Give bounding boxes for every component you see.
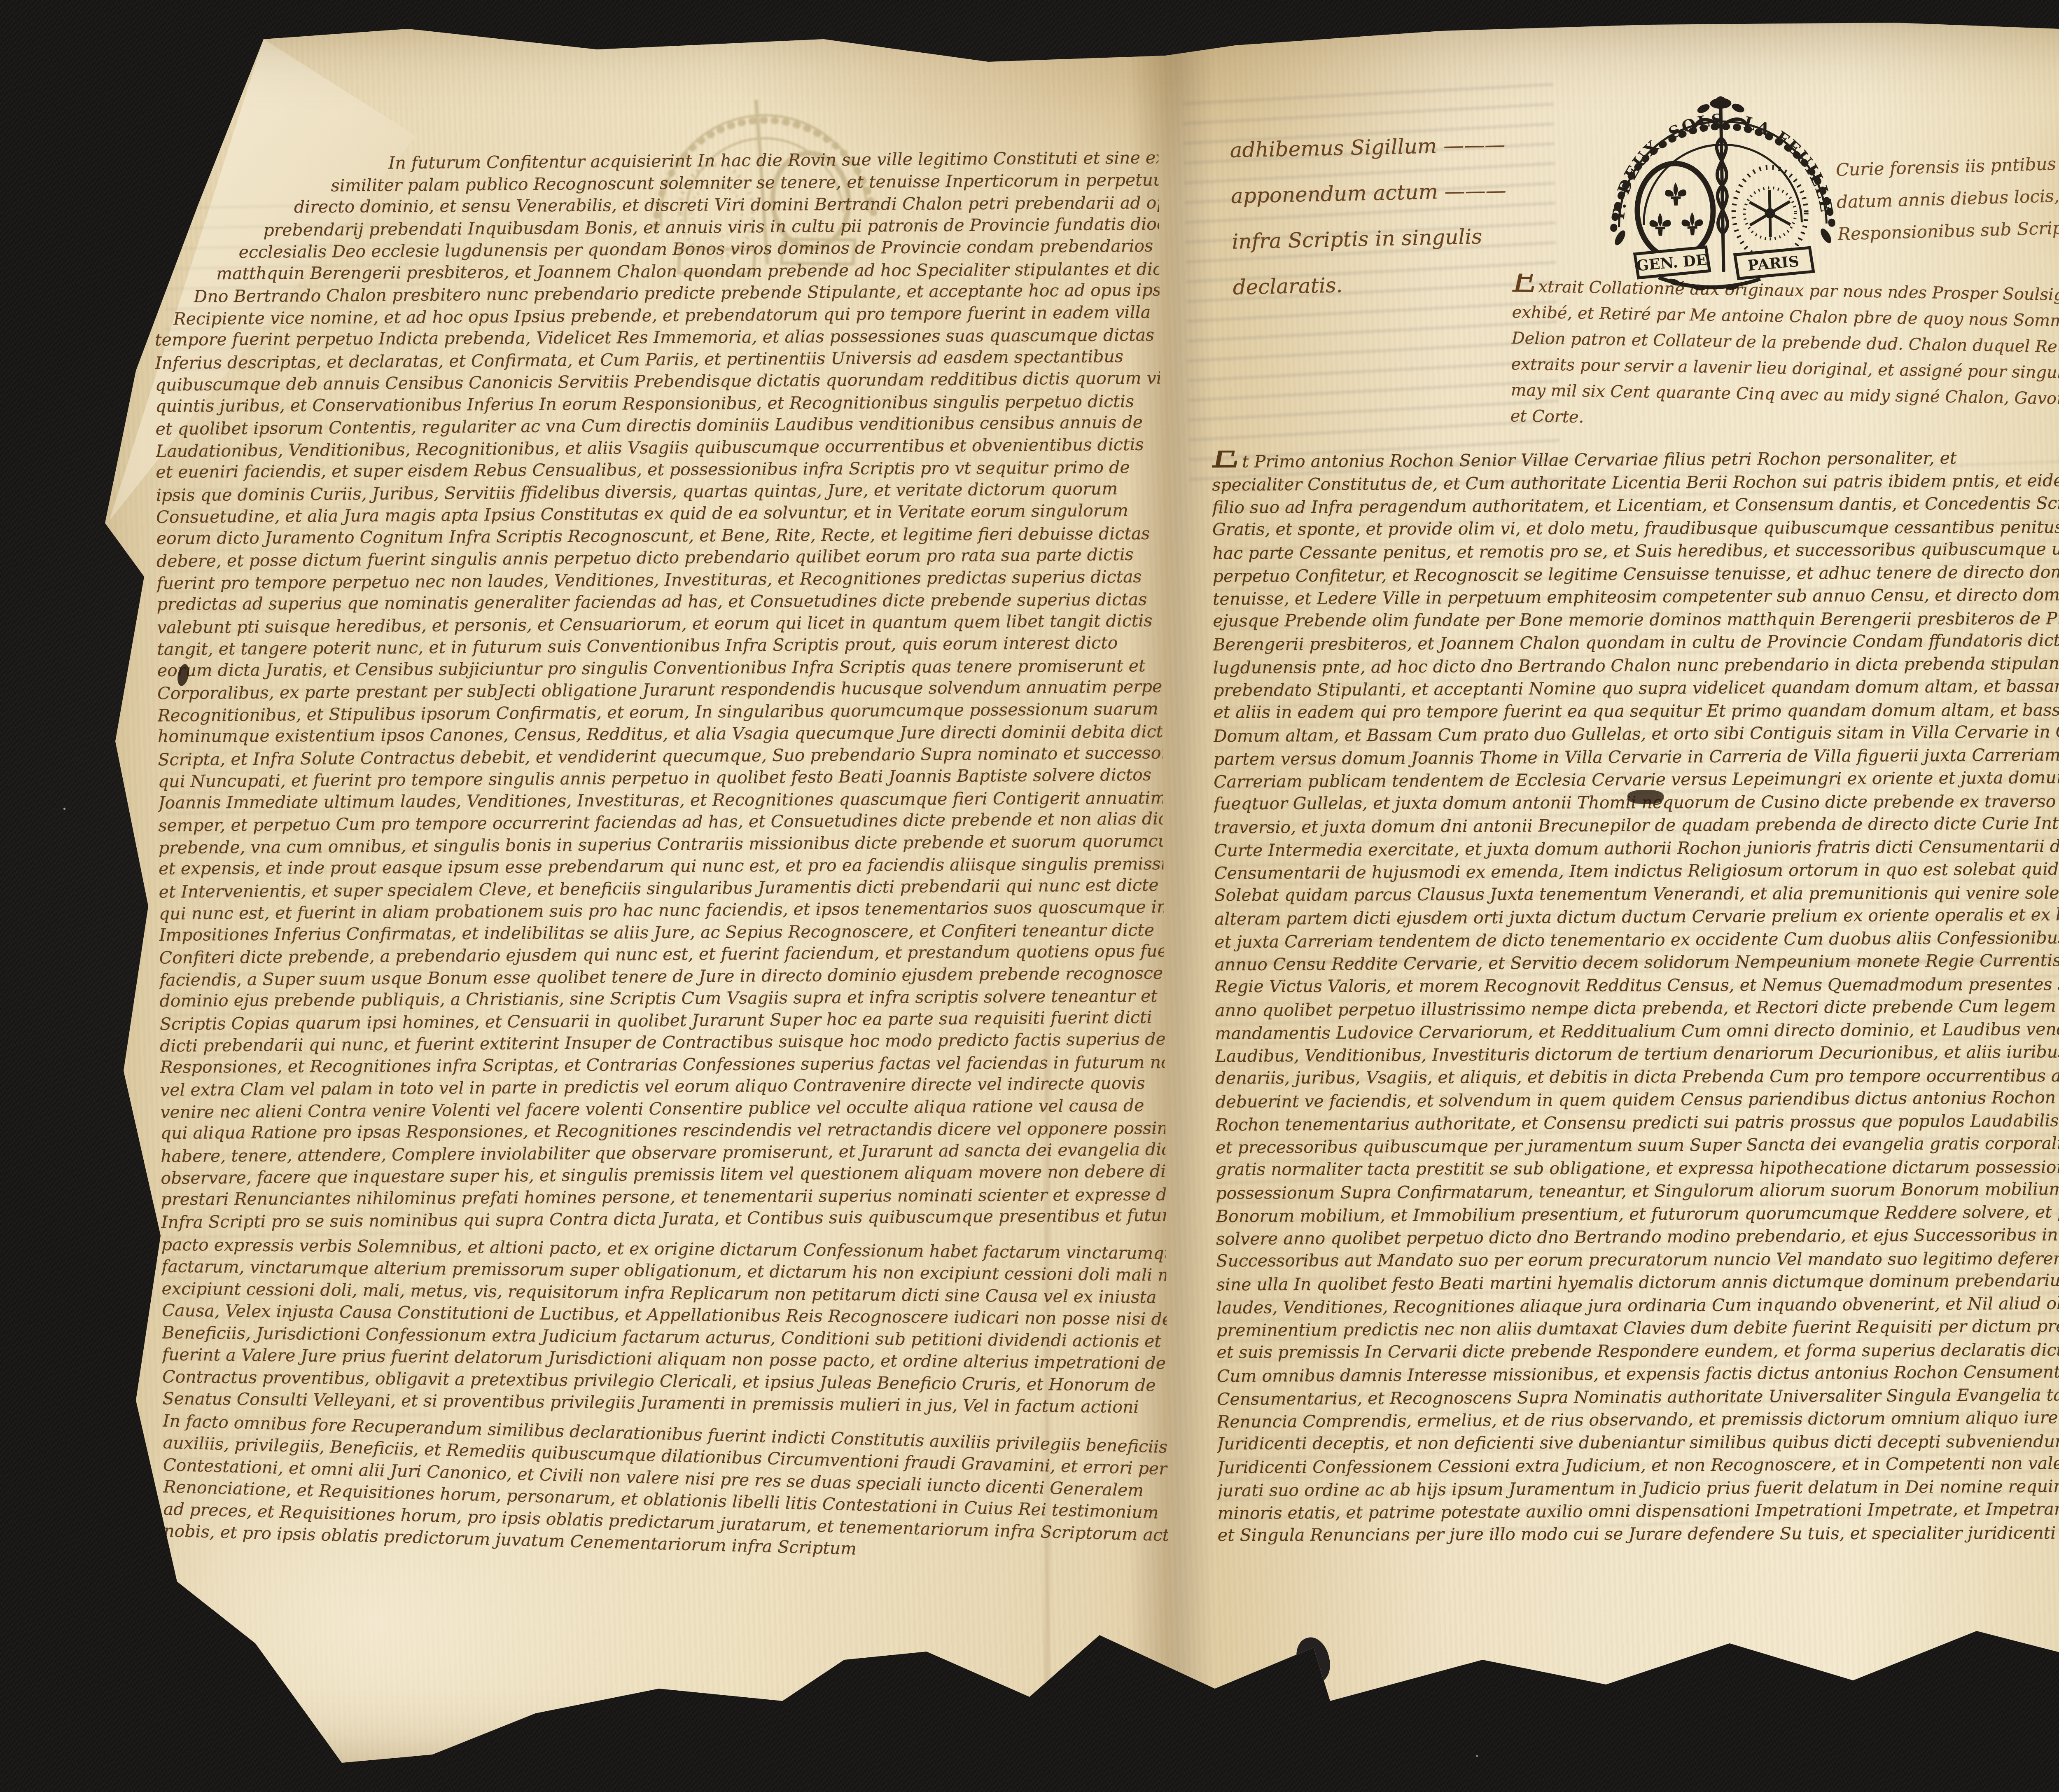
- text-line: solvere anno quolibet perpetuo dicto dno…: [1216, 1223, 2059, 1251]
- text-line: Impositiones Inferius Confirmatas, et in…: [159, 919, 1164, 946]
- text-line: sine ulla In quolibet festo Beati martin…: [1216, 1269, 2059, 1297]
- text-line: alteram partem dicti ejusdem orti juxta …: [1214, 903, 2059, 931]
- text-line: denariis, juribus, Vsagiis, et aliquis, …: [1215, 1064, 2059, 1089]
- text-line: ejusque Prebende olim fundate per Bone m…: [1213, 607, 2059, 632]
- dust-specks: [0, 0, 1, 1]
- manuscript-bifolium: In futurum Confitentur acquisierint In h…: [62, 16, 2059, 1783]
- text-line: traversio, et juxta domum dni antonii Br…: [1214, 811, 2059, 839]
- fleur-de-lis-icon: [1649, 182, 1703, 236]
- text-line: et aliis in eadem qui pro tempore fuerin…: [1213, 698, 2059, 724]
- text-line: Responsiones, et Recognitiones infra Scr…: [160, 1051, 1165, 1078]
- text-line: Censumentarii de hujusmodi ex emenda, It…: [1214, 857, 2059, 885]
- text-line: filio suo ad Infra peragendum authoritat…: [1212, 491, 2059, 519]
- text-line: possessionum Supra Confirmatarum, tenean…: [1216, 1177, 2059, 1205]
- text-line: matthquin Berengerii presbiteros, et Joa…: [154, 258, 1159, 285]
- text-line: anno quolibet perpetuo illustrissimo nem…: [1215, 994, 2059, 1022]
- text-line: gratis normaliter tacta prestitit se sub…: [1216, 1155, 2059, 1181]
- right-page-text: Et Primo antonius Rochon Senior Villae C…: [1212, 446, 2059, 1548]
- text-line: prestari Renunciantes nihilominus prefat…: [161, 1184, 1166, 1210]
- paper-hole: [1292, 1634, 1335, 1687]
- text-line: eorum dicto Juramento Cognitum Infra Scr…: [156, 523, 1161, 549]
- text-line: Curie forensis iis pntibus duximus —: [1835, 141, 2059, 186]
- text-line: Laudibus, Venditionibus, Investituris di…: [1215, 1040, 2059, 1068]
- text-line: Domum altam, et Bassam Cum prato duo Gul…: [1214, 720, 2059, 748]
- text-line: et Singula Renuncians per jure illo modo…: [1218, 1521, 2059, 1547]
- text-line: Renuncia Comprendis, ermelius, et de riu…: [1217, 1406, 2059, 1434]
- text-line: prebendato Stipulanti, et acceptanti Nom…: [1213, 674, 2059, 702]
- extrait-note: Extrait Collationné aux originaux par no…: [1510, 273, 2059, 441]
- text-line: tenuisse, et Ledere Ville in perpetuum e…: [1213, 583, 2059, 611]
- text-line: et precessoribus quibuscumque per jurame…: [1216, 1131, 2059, 1159]
- text-line: preminentium predictis nec non aliis dum…: [1216, 1314, 2059, 1342]
- text-line: quintis juribus, et Conservationibus Inf…: [155, 390, 1160, 417]
- text-line: Berengerii presbiteros, et Joannem Chalo…: [1213, 628, 2059, 657]
- text-line: Regie Victus Valoris, et morem Recognovi…: [1215, 972, 2059, 998]
- text-line: Juridicenti deceptis, et non deficienti …: [1217, 1430, 2059, 1455]
- text-line: Joannis Immediate ultimum laudes, Vendit…: [158, 787, 1163, 814]
- text-line: Gratis, et sponte, et provide olim vi, e…: [1212, 515, 2059, 541]
- text-line: hac parte Cessante penitus, et remotis p…: [1212, 537, 2059, 565]
- text-line: eorum dicta Juratis, et Censibus subjici…: [157, 655, 1162, 682]
- left-page-text: In futurum Confitentur acquisierint In h…: [154, 147, 1168, 1564]
- text-line: annuo Censu Reddite Cervarie, et Serviti…: [1214, 949, 2059, 977]
- ink-blot: [1627, 790, 1664, 804]
- text-line: Successoribus aut Mandato suo per eorum …: [1216, 1247, 2059, 1272]
- revenue-stamp-graphic: P. DEUX. SOLS LA FEUILLE: [1593, 82, 1852, 293]
- wheel-oval: [1733, 166, 1807, 260]
- text-line: minoris etatis, et patrime potestate aux…: [1217, 1497, 2059, 1525]
- text-line: Carreriam publicam tendentem de Ecclesia…: [1214, 766, 2059, 794]
- text-line: debuerint ve faciendis, et solvendum in …: [1215, 1086, 2059, 1114]
- text-line: Cum omnibus damnis Interesse missionibus…: [1217, 1360, 2059, 1388]
- photographed-manuscript-scene: { "scene": { "background_color": "#24212…: [0, 0, 2059, 1792]
- text-line: Solebat quidam parcus Clausus Juxta tene…: [1214, 881, 2059, 907]
- revenue-stamp: P. DEUX. SOLS LA FEUILLE: [1593, 82, 1852, 293]
- text-line: et suis premissis In Cervarii dicte preb…: [1216, 1338, 2059, 1364]
- text-line: Et Primo antonius Rochon Senior Villae C…: [1212, 446, 2059, 474]
- stamp-arc-text-right: LA FEUILLE: [1742, 111, 1837, 216]
- fleur-de-lis-oval: [1636, 163, 1714, 259]
- sigillum-note-continuation: Curie forensis iis pntibus duximus —datu…: [1835, 141, 2059, 250]
- text-line: Juridicenti Confessionem Cessioni extra …: [1217, 1451, 2059, 1479]
